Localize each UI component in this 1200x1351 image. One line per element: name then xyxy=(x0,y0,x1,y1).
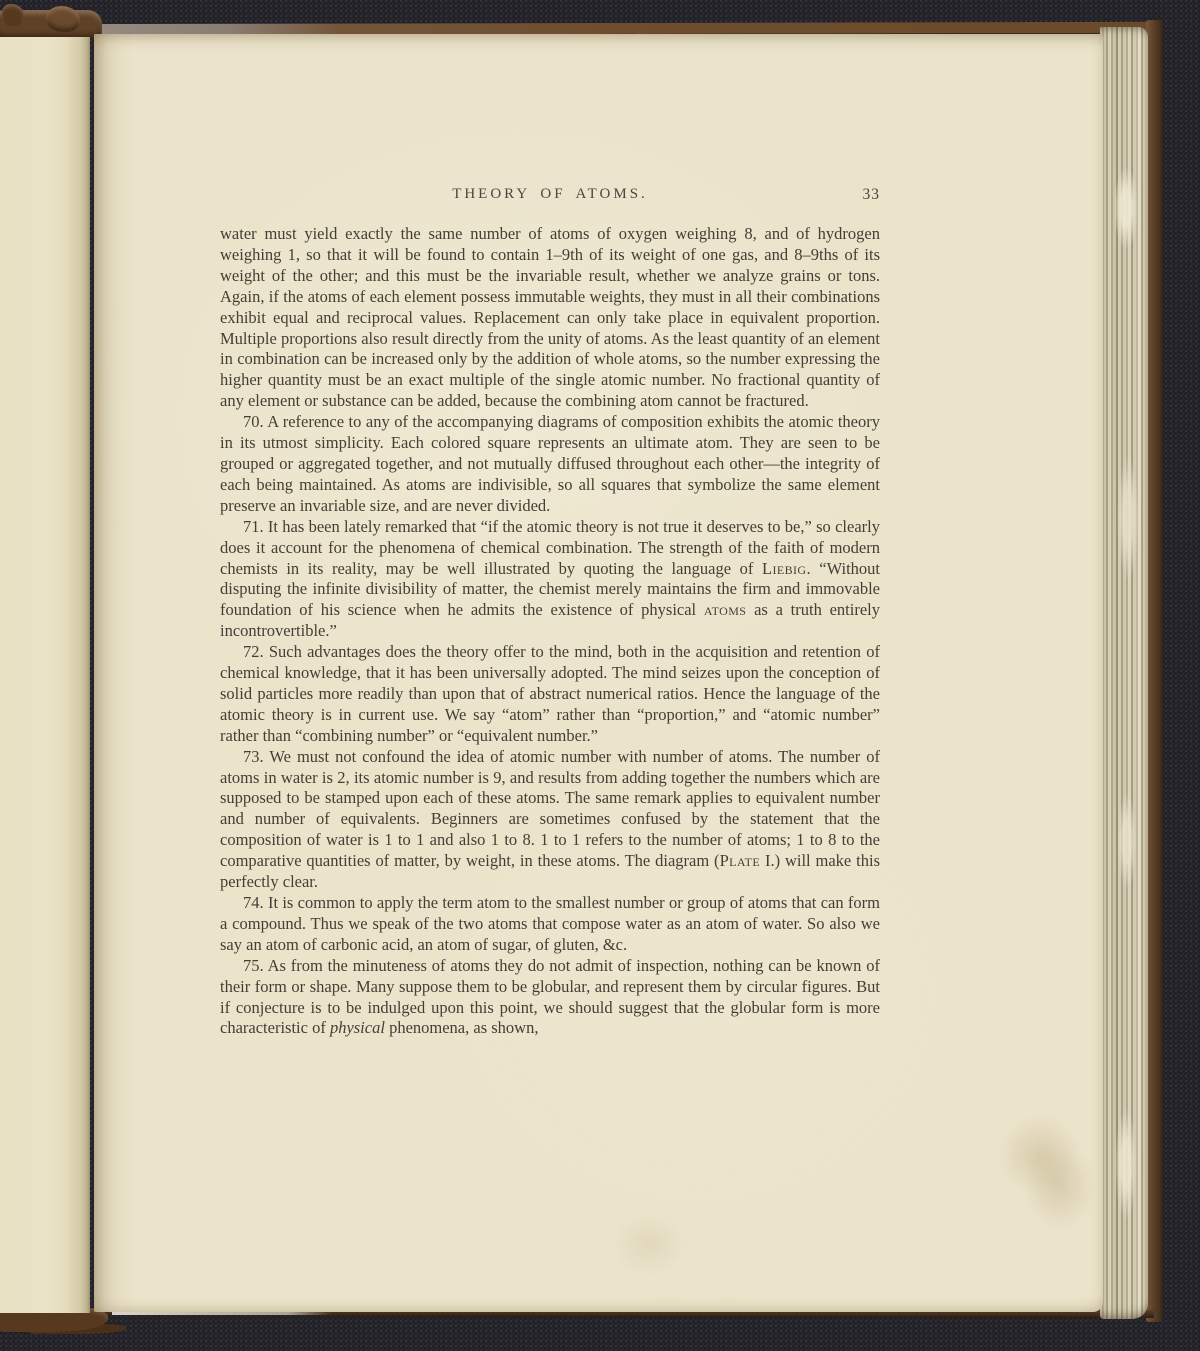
small-caps-run: Liebig xyxy=(762,559,806,578)
book-page: THEORY OF ATOMS. 33 water must yield exa… xyxy=(94,34,1103,1312)
small-caps-run: atoms xyxy=(704,600,746,619)
book-scan-photo: { "page": { "header": { "title": "THEORY… xyxy=(0,0,1200,1351)
paragraph: 71. It has been lately remarked that “if… xyxy=(220,517,880,642)
text-run: 75. As from the minuteness of atoms they… xyxy=(220,956,880,1038)
paragraph: 75. As from the minuteness of atoms they… xyxy=(220,956,880,1040)
page-stain xyxy=(990,1106,1110,1236)
text-run: 70. A reference to any of the accompanyi… xyxy=(220,412,880,515)
running-head: THEORY OF ATOMS. 33 xyxy=(220,186,880,206)
italic-run: physical xyxy=(330,1018,385,1037)
page-number: 33 xyxy=(863,186,881,204)
spine-headband xyxy=(0,10,102,40)
book-cover-right-edge xyxy=(1146,20,1163,1322)
text-run: 74. It is common to apply the term atom … xyxy=(220,893,880,954)
text-run: water must yield exactly the same number… xyxy=(220,224,880,410)
paragraph: 74. It is common to apply the term atom … xyxy=(220,893,880,956)
text-run: phenomena, as shown, xyxy=(385,1018,539,1037)
paragraph: 72. Such advantages does the theory offe… xyxy=(220,642,880,747)
small-caps-run: Plate xyxy=(720,851,761,870)
paragraph: 73. We must not confound the idea of ato… xyxy=(220,747,880,893)
text-run: 72. Such advantages does the theory offe… xyxy=(220,642,880,745)
text-block: water must yield exactly the same number… xyxy=(220,224,880,1039)
page-stain-faint xyxy=(614,1214,684,1274)
paragraph: 70. A reference to any of the accompanyi… xyxy=(220,412,880,517)
paragraph: water must yield exactly the same number… xyxy=(220,224,880,412)
running-head-title: THEORY OF ATOMS. xyxy=(220,186,880,203)
facing-page-edge xyxy=(0,37,90,1313)
